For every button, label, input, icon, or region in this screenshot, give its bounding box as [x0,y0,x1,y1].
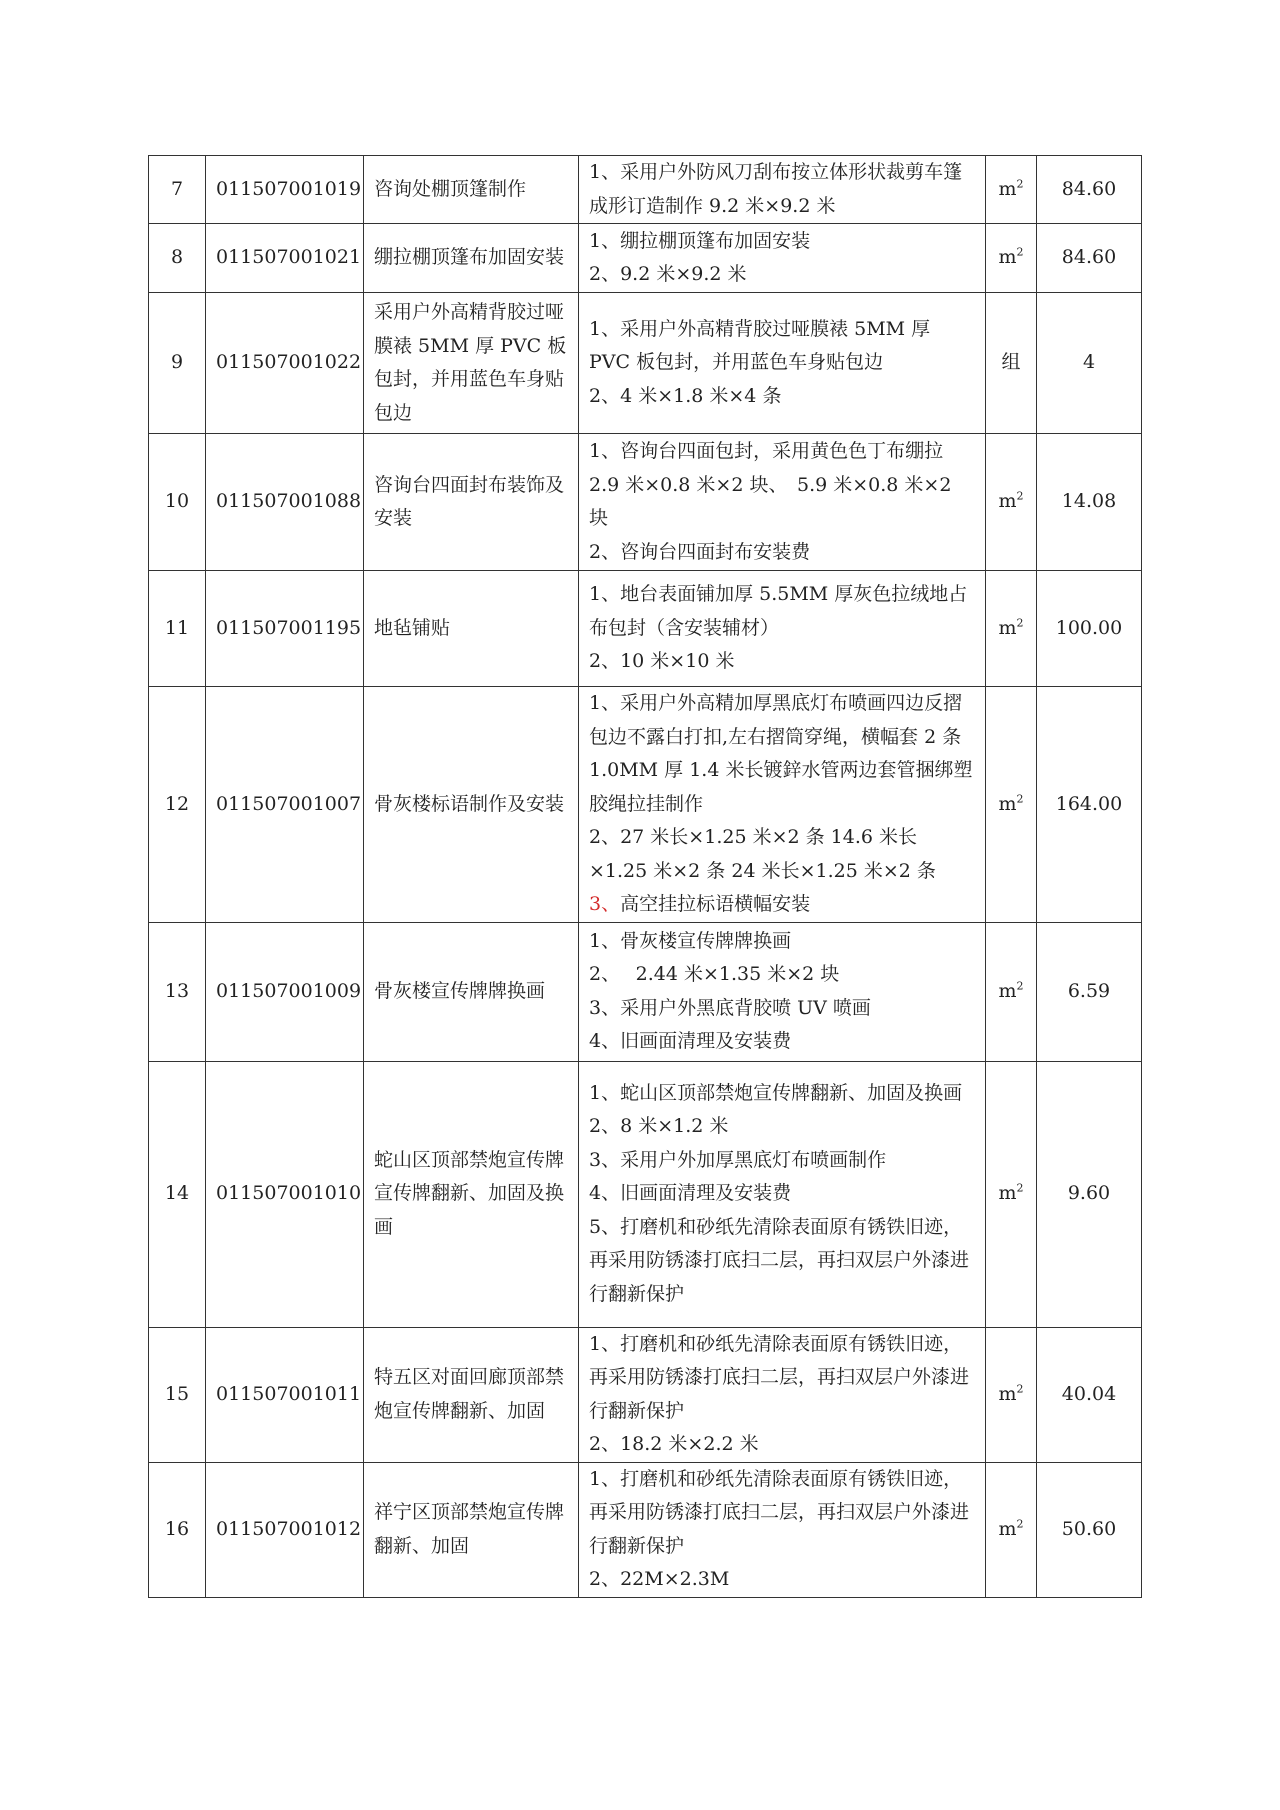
item-unit: m2 [986,687,1037,923]
description-line: 2、22M×2.3M [589,1563,975,1597]
item-description: 1、采用户外高精背胶过哑膜裱 5MM 厚 PVC 板包封，并用蓝色车身贴包边2、… [579,293,986,434]
description-line: 2、4 米×1.8 米×4 条 [589,380,975,414]
item-unit: m2 [986,434,1037,571]
item-code: 011507001009 [206,922,364,1061]
description-line: 1、打磨机和砂纸先清除表面原有锈铁旧迹，再采用防锈漆打底扫二层，再扫双层户外漆进… [589,1463,975,1564]
item-name: 咨询台四面封布装饰及安装 [364,434,579,571]
item-description: 1、打磨机和砂纸先清除表面原有锈铁旧迹，再采用防锈漆打底扫二层，再扫双层户外漆进… [579,1462,986,1597]
unit-superscript: 2 [1017,616,1024,629]
item-code: 011507001088 [206,434,364,571]
unit-text: m [998,1182,1016,1204]
description-line: 2、10 米×10 米 [589,645,975,679]
item-name: 祥宁区顶部禁炮宣传牌翻新、加固 [364,1462,579,1597]
item-unit: 组 [986,293,1037,434]
description-line: 1、咨询台四面包封，采用黄色色丁布绷拉 2.9 米×0.8 米×2 块、 5.9… [589,435,975,536]
table-body: 7 011507001019 咨询处棚顶篷制作 1、采用户外防风刀刮布按立体形状… [149,156,1142,1598]
unit-superscript: 2 [1017,1517,1024,1530]
item-quantity: 4 [1037,293,1142,434]
item-name: 绷拉棚顶篷布加固安装 [364,224,579,293]
item-number: 14 [149,1061,206,1327]
description-line: 2、18.2 米×2.2 米 [589,1428,975,1462]
item-quantity: 9.60 [1037,1061,1142,1327]
unit-superscript: 2 [1017,1382,1024,1395]
description-line: 2、9.2 米×9.2 米 [589,258,975,292]
description-line: 2、8 米×1.2 米 [589,1110,975,1144]
item-name: 地毡铺贴 [364,571,579,687]
item-description: 1、骨灰楼宣传牌牌换画2、 2.44 米×1.35 米×2 块3、采用户外黑底背… [579,922,986,1061]
item-unit: m2 [986,922,1037,1061]
unit-superscript: 2 [1017,177,1024,190]
item-number: 10 [149,434,206,571]
item-quantity: 164.00 [1037,687,1142,923]
item-description: 1、打磨机和砂纸先清除表面原有锈铁旧迹，再采用防锈漆打底扫二层，再扫双层户外漆进… [579,1327,986,1462]
unit-superscript: 2 [1017,490,1024,503]
unit-text: m [998,1383,1016,1405]
red-list-marker: 3、 [589,893,620,915]
item-quantity: 84.60 [1037,156,1142,224]
item-description: 1、采用户外高精加厚黑底灯布喷画四边反摺包边不露白打扣,左右摺筒穿绳，横幅套 2… [579,687,986,923]
unit-text: m [998,980,1016,1002]
item-quantity: 84.60 [1037,224,1142,293]
item-number: 13 [149,922,206,1061]
item-description: 1、蛇山区顶部禁炮宣传牌翻新、加固及换画2、8 米×1.2 米3、采用户外加厚黑… [579,1061,986,1327]
description-line: 3、高空挂拉标语横幅安装 [589,888,975,922]
item-number: 12 [149,687,206,923]
unit-text: m [998,490,1016,512]
description-line: 1、绷拉棚顶篷布加固安装 [589,225,975,259]
item-unit: m2 [986,1327,1037,1462]
table-row: 13 011507001009 骨灰楼宣传牌牌换画 1、骨灰楼宣传牌牌换画2、 … [149,922,1142,1061]
description-line: 2、 2.44 米×1.35 米×2 块 [589,958,975,992]
item-code: 011507001195 [206,571,364,687]
table-row: 16 011507001012 祥宁区顶部禁炮宣传牌翻新、加固 1、打磨机和砂纸… [149,1462,1142,1597]
description-line: 5、打磨机和砂纸先清除表面原有锈铁旧迹，再采用防锈漆打底扫二层，再扫双层户外漆进… [589,1211,975,1312]
description-line: 1、骨灰楼宣传牌牌换画 [589,925,975,959]
description-line: 4、旧画面清理及安装费 [589,1025,975,1059]
description-line: 2、咨询台四面封布安装费 [589,536,975,570]
item-code: 011507001007 [206,687,364,923]
table-row: 15 011507001011 特五区对面回廊顶部禁炮宣传牌翻新、加固 1、打磨… [149,1327,1142,1462]
item-quantity: 14.08 [1037,434,1142,571]
table-row: 10 011507001088 咨询台四面封布装饰及安装 1、咨询台四面包封，采… [149,434,1142,571]
table-row: 12 011507001007 骨灰楼标语制作及安装 1、采用户外高精加厚黑底灯… [149,687,1142,923]
unit-text: m [998,178,1016,200]
table-row: 14 011507001010 蛇山区顶部禁炮宣传牌宣传牌翻新、加固及换画 1、… [149,1061,1142,1327]
item-name: 特五区对面回廊顶部禁炮宣传牌翻新、加固 [364,1327,579,1462]
unit-superscript: 2 [1017,792,1024,805]
description-line: 3、采用户外黑底背胶喷 UV 喷画 [589,992,975,1026]
item-name: 骨灰楼标语制作及安装 [364,687,579,923]
item-code: 011507001011 [206,1327,364,1462]
unit-superscript: 2 [1017,979,1024,992]
description-line: 1、采用户外高精背胶过哑膜裱 5MM 厚 PVC 板包封，并用蓝色车身贴包边 [589,313,975,380]
item-unit: m2 [986,156,1037,224]
item-description: 1、绷拉棚顶篷布加固安装2、9.2 米×9.2 米 [579,224,986,293]
description-line: 1、打磨机和砂纸先清除表面原有锈铁旧迹，再采用防锈漆打底扫二层，再扫双层户外漆进… [589,1328,975,1429]
item-unit: m2 [986,1462,1037,1597]
unit-superscript: 2 [1017,246,1024,259]
item-name: 采用户外高精背胶过哑膜裱 5MM 厚 PVC 板包封，并用蓝色车身贴包边 [364,293,579,434]
item-quantity: 40.04 [1037,1327,1142,1462]
item-code: 011507001010 [206,1061,364,1327]
unit-text: m [998,1518,1016,1540]
item-code: 011507001019 [206,156,364,224]
item-number: 7 [149,156,206,224]
description-line: 3、采用户外加厚黑底灯布喷画制作 [589,1144,975,1178]
description-line: 1、采用户外防风刀刮布按立体形状裁剪车篷成形订造制作 9.2 米×9.2 米 [589,156,975,223]
item-code: 011507001012 [206,1462,364,1597]
document-page: 7 011507001019 咨询处棚顶篷制作 1、采用户外防风刀刮布按立体形状… [0,0,1280,1810]
unit-text: m [998,793,1016,815]
description-line: 1、采用户外高精加厚黑底灯布喷画四边反摺包边不露白打扣,左右摺筒穿绳，横幅套 2… [589,687,975,821]
unit-superscript: 2 [1017,1182,1024,1195]
item-name: 咨询处棚顶篷制作 [364,156,579,224]
description-text: 高空挂拉标语横幅安装 [620,893,810,915]
description-line: 4、旧画面清理及安装费 [589,1177,975,1211]
item-number: 15 [149,1327,206,1462]
unit-text: 组 [1001,351,1020,373]
item-description: 1、咨询台四面包封，采用黄色色丁布绷拉 2.9 米×0.8 米×2 块、 5.9… [579,434,986,571]
item-description: 1、地台表面铺加厚 5.5MM 厚灰色拉绒地占布包封（含安装辅材）2、10 米×… [579,571,986,687]
description-line: 1、蛇山区顶部禁炮宣传牌翻新、加固及换画 [589,1077,975,1111]
description-line: 1、地台表面铺加厚 5.5MM 厚灰色拉绒地占布包封（含安装辅材） [589,578,975,645]
item-number: 16 [149,1462,206,1597]
table-row: 9 011507001022 采用户外高精背胶过哑膜裱 5MM 厚 PVC 板包… [149,293,1142,434]
item-code: 011507001022 [206,293,364,434]
unit-text: m [998,617,1016,639]
item-quantity: 6.59 [1037,922,1142,1061]
description-line: 2、27 米长×1.25 米×2 条 14.6 米长×1.25 米×2 条 24… [589,821,975,888]
item-quantity: 50.60 [1037,1462,1142,1597]
item-name: 骨灰楼宣传牌牌换画 [364,922,579,1061]
item-number: 11 [149,571,206,687]
item-code: 011507001021 [206,224,364,293]
item-number: 9 [149,293,206,434]
item-quantity: 100.00 [1037,571,1142,687]
item-description: 1、采用户外防风刀刮布按立体形状裁剪车篷成形订造制作 9.2 米×9.2 米 [579,156,986,224]
table-row: 11 011507001195 地毡铺贴 1、地台表面铺加厚 5.5MM 厚灰色… [149,571,1142,687]
item-unit: m2 [986,224,1037,293]
item-unit: m2 [986,1061,1037,1327]
table-row: 7 011507001019 咨询处棚顶篷制作 1、采用户外防风刀刮布按立体形状… [149,156,1142,224]
bill-of-quantities-table: 7 011507001019 咨询处棚顶篷制作 1、采用户外防风刀刮布按立体形状… [148,155,1142,1598]
unit-text: m [998,246,1016,268]
item-number: 8 [149,224,206,293]
item-name: 蛇山区顶部禁炮宣传牌宣传牌翻新、加固及换画 [364,1061,579,1327]
item-unit: m2 [986,571,1037,687]
table-row: 8 011507001021 绷拉棚顶篷布加固安装 1、绷拉棚顶篷布加固安装2、… [149,224,1142,293]
